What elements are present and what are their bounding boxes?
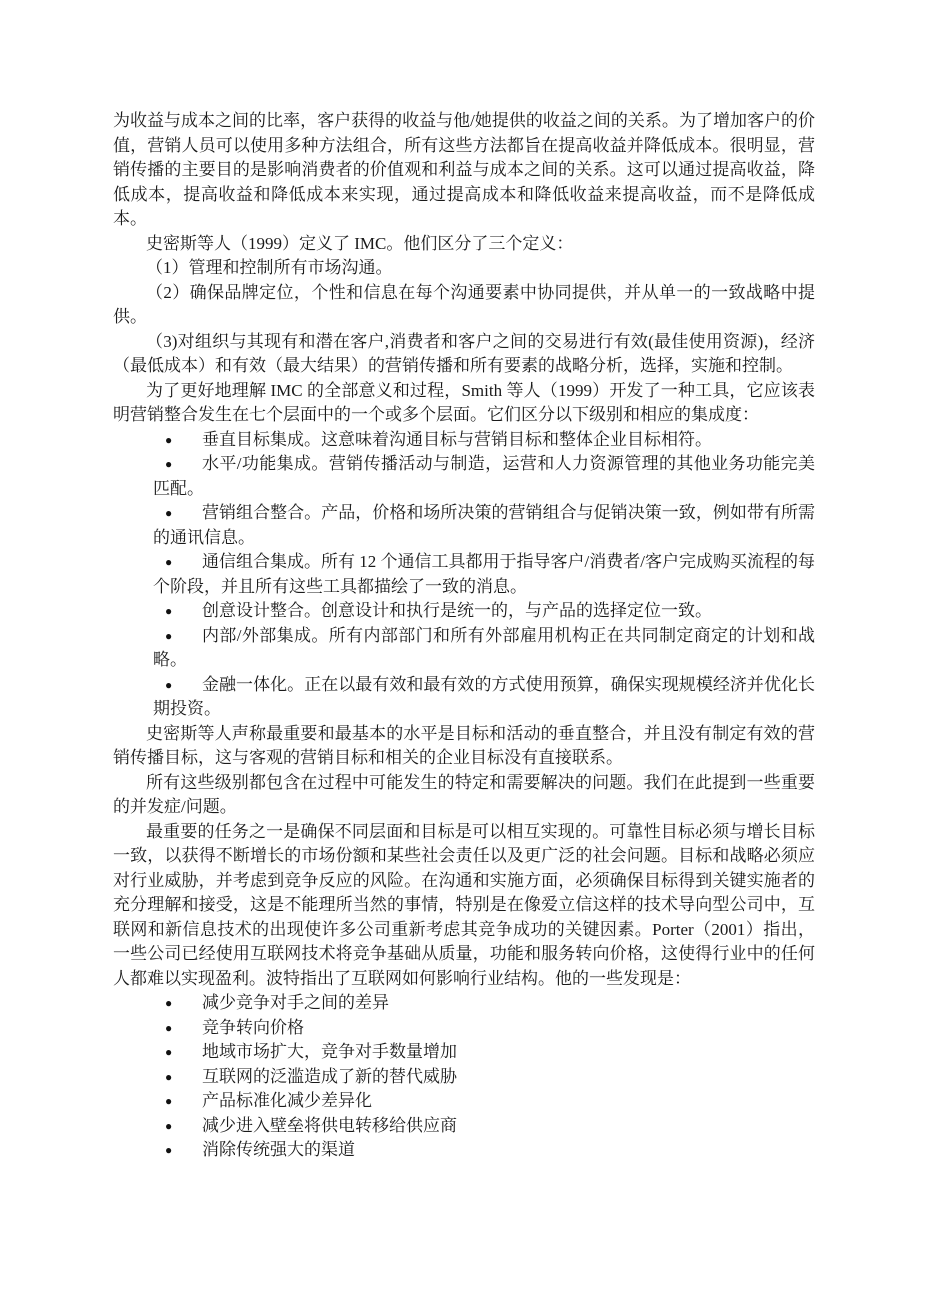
bullet-icon: ● <box>165 1089 172 1114</box>
list-item-text: 垂直目标集成。这意味着沟通目标与营销目标和整体企业目标相符。 <box>202 430 712 449</box>
list-item-text: 创意设计整合。创意设计和执行是统一的，与产品的选择定位一致。 <box>202 601 712 620</box>
bullet-icon: ● <box>165 1065 172 1090</box>
bullet-icon: ● <box>165 452 172 477</box>
list-item-text: 产品标准化减少差异化 <box>202 1091 372 1110</box>
list-item: ●通信组合集成。所有 12 个通信工具都用于指导客户/消费者/客户完成购买流程的… <box>153 550 815 599</box>
document-content: 为收益与成本之间的比率，客户获得的收益与他/她提供的收益之间的关系。为了增加客户… <box>113 109 815 1163</box>
bullet-icon: ● <box>165 550 172 575</box>
bullet-icon: ● <box>165 1114 172 1139</box>
paragraph: （3)对组织与其现有和潜在客户,消费者和客户之间的交易进行有效(最佳使用资源)，… <box>113 330 815 379</box>
list-item-text: 互联网的泛滥造成了新的替代威胁 <box>202 1067 457 1086</box>
bullet-icon: ● <box>165 673 172 698</box>
list-item: ●垂直目标集成。这意味着沟通目标与营销目标和整体企业目标相符。 <box>153 428 815 453</box>
list-item: ●竞争转向价格 <box>153 1016 815 1041</box>
list-item: ●减少竞争对手之间的差异 <box>153 991 815 1016</box>
paragraph: （1）管理和控制所有市场沟通。 <box>113 256 815 281</box>
list-item: ●减少进入壁垒将供电转移给供应商 <box>153 1114 815 1139</box>
list-item: ●金融一体化。正在以最有效和最有效的方式使用预算，确保实现规模经济并优化长期投资… <box>153 673 815 722</box>
bullet-icon: ● <box>165 1016 172 1041</box>
list-item-text: 水平/功能集成。营销传播活动与制造，运营和人力资源管理的其他业务功能完美匹配。 <box>153 454 815 498</box>
document-page: 为收益与成本之间的比率，客户获得的收益与他/她提供的收益之间的关系。为了增加客户… <box>0 0 926 1309</box>
bullet-icon: ● <box>165 501 172 526</box>
paragraph: 所有这些级别都包含在过程中可能发生的特定和需要解决的问题。我们在此提到一些重要的… <box>113 771 815 820</box>
bullet-icon: ● <box>165 599 172 624</box>
list-item-text: 通信组合集成。所有 12 个通信工具都用于指导客户/消费者/客户完成购买流程的每… <box>153 552 815 596</box>
paragraph: 史密斯等人声称最重要和最基本的水平是目标和活动的垂直整合，并且没有制定有效的营销… <box>113 722 815 771</box>
paragraph: 为了更好地理解 IMC 的全部意义和过程，Smith 等人（1999）开发了一种… <box>113 379 815 428</box>
list-item: ●创意设计整合。创意设计和执行是统一的，与产品的选择定位一致。 <box>153 599 815 624</box>
bullet-icon: ● <box>165 991 172 1016</box>
list-item: ●营销组合整合。产品，价格和场所决策的营销组合与促销决策一致，例如带有所需的通讯… <box>153 501 815 550</box>
list-item: ●消除传统强大的渠道 <box>153 1138 815 1163</box>
bullet-icon: ● <box>165 624 172 649</box>
bullet-icon: ● <box>165 1138 172 1163</box>
bullet-list: ●减少竞争对手之间的差异●竞争转向价格●地域市场扩大，竞争对手数量增加●互联网的… <box>113 991 815 1163</box>
list-item: ●产品标准化减少差异化 <box>153 1089 815 1114</box>
paragraph: （2）确保品牌定位，个性和信息在每个沟通要素中协同提供，并从单一的一致战略中提供… <box>113 281 815 330</box>
bullet-icon: ● <box>165 428 172 453</box>
list-item: ●内部/外部集成。所有内部部门和所有外部雇用机构正在共同制定商定的计划和战略。 <box>153 624 815 673</box>
bullet-list: ●垂直目标集成。这意味着沟通目标与营销目标和整体企业目标相符。●水平/功能集成。… <box>113 428 815 722</box>
paragraph: 史密斯等人（1999）定义了 IMC。他们区分了三个定义： <box>113 232 815 257</box>
list-item-text: 内部/外部集成。所有内部部门和所有外部雇用机构正在共同制定商定的计划和战略。 <box>153 626 815 670</box>
list-item-text: 消除传统强大的渠道 <box>202 1140 355 1159</box>
list-item: ●地域市场扩大，竞争对手数量增加 <box>153 1040 815 1065</box>
list-item-text: 竞争转向价格 <box>202 1018 304 1037</box>
list-item-text: 金融一体化。正在以最有效和最有效的方式使用预算，确保实现规模经济并优化长期投资。 <box>153 675 815 719</box>
paragraph: 最重要的任务之一是确保不同层面和目标是可以相互实现的。可靠性目标必须与增长目标一… <box>113 820 815 992</box>
list-item-text: 地域市场扩大，竞争对手数量增加 <box>202 1042 457 1061</box>
bullet-icon: ● <box>165 1040 172 1065</box>
paragraph: 为收益与成本之间的比率，客户获得的收益与他/她提供的收益之间的关系。为了增加客户… <box>113 109 815 232</box>
list-item: ●水平/功能集成。营销传播活动与制造，运营和人力资源管理的其他业务功能完美匹配。 <box>153 452 815 501</box>
list-item-text: 营销组合整合。产品，价格和场所决策的营销组合与促销决策一致，例如带有所需的通讯信… <box>153 503 815 547</box>
list-item-text: 减少进入壁垒将供电转移给供应商 <box>202 1116 457 1135</box>
list-item-text: 减少竞争对手之间的差异 <box>202 993 389 1012</box>
list-item: ●互联网的泛滥造成了新的替代威胁 <box>153 1065 815 1090</box>
